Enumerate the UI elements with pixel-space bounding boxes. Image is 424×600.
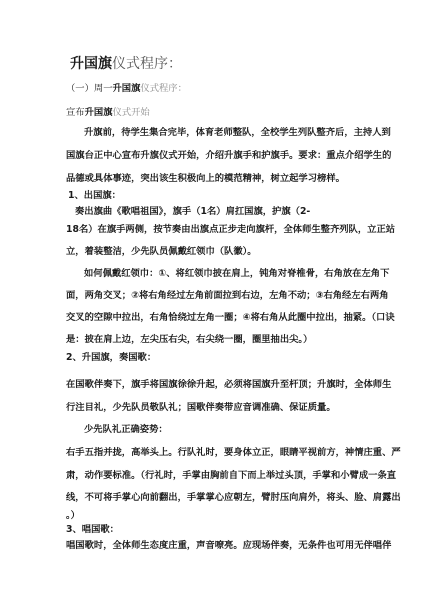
salute-heading: 少先队礼正确姿势： [84,424,168,436]
paragraph-line: 行注目礼，少先队员敬队礼；国歌伴奏带应音调准确、保证质量。 [66,402,336,414]
title-bold: 升国旗 [70,56,112,72]
announce-line: 宣布升国旗仪式开始 [66,107,150,119]
announce-rest: 仪式开始 [113,107,150,118]
paragraph-line: 是：披在肩上边，左尖压右尖，右尖绕一圈，圈里抽出尖。） [66,334,312,346]
paragraph-line: 国旗台正中心宣布升旗仪式开始，介绍升旗手和护旗手。要求：重点介绍学生的 [66,150,391,162]
section-rest: 仪式程序： [140,83,187,94]
paragraph-line: 线，不可将手掌心向前翻出，手掌掌心应朝左，臂肘压向肩外，将头、脸、肩露出 [66,492,401,504]
paragraph-line: 18名）在旗手两侧，按节奏由出旗点正步走向旗杆，全体师生整齐列队，立正站 [66,224,395,236]
paragraph-line: 。） [66,510,80,522]
paragraph-line: 奏出旗曲《歌唱祖国》，旗手（1名）肩扛国旗，护旗（2- [75,206,310,218]
paragraph-line: 立，着装整洁，少先队员佩戴红领巾（队徽）。 [66,246,257,258]
paragraph-line: 唱国歌时，全体师生态度庄重，声音嘹亮。应现场伴奏，无条件也可用无伴唱伴 [66,540,391,552]
section-heading: （一）周一升国旗仪式程序： [66,83,187,95]
paragraph-line: 升旗前，待学生集合完毕，体育老师整队，全校学生列队整齐后，主持人到 [84,127,391,139]
item3-heading: 3、唱国歌： [66,524,119,536]
paragraph-line: 肃，动作要标准。（行礼时，手掌由胸前自下而上举过头顶，手掌和小臂成一条直 [66,470,396,482]
paragraph-line: 品德或具体事迹，突出该生积极向上的模范精神，树立起学习榜样。 [66,173,345,185]
item2-heading: 2、升国旗，奏国歌： [66,352,156,364]
section-prefix: （一）周一 [66,83,113,94]
paragraph-line: 面，两角交叉；②将右角经过左角前面拉到右边，左角不动；③右角经左右两角 [66,290,389,302]
item1-heading: 1、出国旗： [68,190,121,202]
paragraph-line: 在国歌伴奏下，旗手将国旗徐徐升起，必须将国旗升至杆顶；升旗时，全体师生 [66,379,391,391]
page-title: 升国旗仪式程序： [70,56,182,72]
title-rest: 仪式程序： [112,56,182,72]
announce-bold: 升国旗 [85,107,113,118]
announce-prefix: 宣布 [66,107,85,118]
paragraph-line: 右手五指并拢，高举头上。行队礼时，要身体立正，眼睛平视前方，神情庄重、严 [66,447,401,459]
paragraph-line: 交叉的空隙中拉出，右角恰绕过左角一圈；④将右角从此圈中拉出，抽紧。（口诀 [66,312,395,324]
section-bold: 升国旗 [113,83,141,94]
paragraph-line: 如何佩戴红领巾：①、将红领巾披在肩上，钝角对脊椎骨，右角放在左角下 [84,268,389,280]
